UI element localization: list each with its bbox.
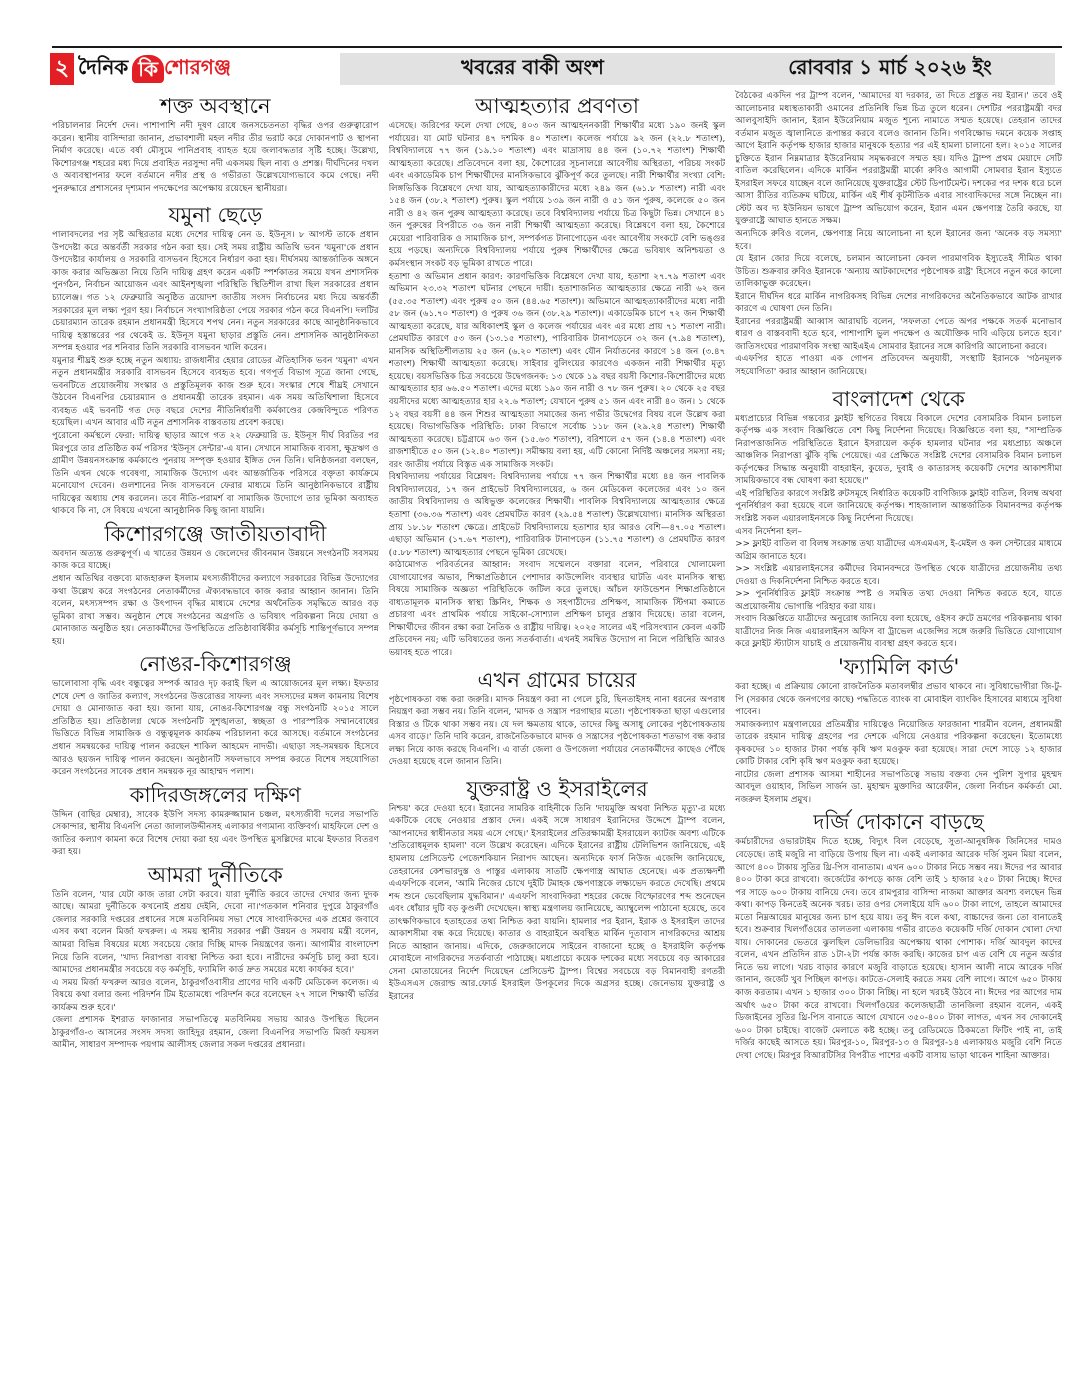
article-body: কর্মচারীদের ওভারটাইম দিতে হচ্ছে, বিদ্যুৎ… [735, 836, 1062, 1062]
page-number: ২ [50, 53, 74, 85]
article-body: অন্যদিকে রুবিও বলেন, ক্ষেপণাস্ত্র নিয়ে … [735, 228, 1062, 253]
article-body: মধ্যপ্রাচ্যের বিভিন্ন গন্তব্যের ফ্লাইট স… [735, 413, 1062, 488]
article-columns: শক্ত অবস্থানে পরিচালনার নির্দেশ দেন। পাশ… [52, 90, 1062, 1360]
brand-text-part1: দৈনিক [78, 53, 128, 86]
article-body: পালাবদলের পর সৃষ্ট অস্থিরতার মধ্যে দেশের… [52, 229, 379, 354]
article-body: ভালোবাসা বৃদ্ধি এবং বন্ধুত্বের সম্পর্ক আ… [52, 678, 379, 778]
article-body: ইরানে দীর্ঘদিন ধরে মার্কিন নাগরিকসহ বিভি… [735, 291, 1062, 316]
article-body: উদ্দিন (বাছির মেম্বার), সাবেক ইউপি সদস্য… [52, 809, 379, 859]
column-middle: আত্মহত্যার প্রবণতা এসেছে। জরিপের ফলে দেখ… [389, 90, 726, 1360]
article-body: হতাশা ও অভিমান প্রধান কারণ: কারণভিত্তিক … [389, 271, 726, 472]
newspaper-logo: ২ দৈনিক কি শোরগঞ্জ [50, 53, 340, 85]
article-body: পৃষ্ঠপোষকতা বন্ধ করা জরুরি। মাদক নিয়ন্ত… [389, 694, 726, 769]
article-body: >> সংশ্লিষ্ট এয়ারলাইনসের কর্মীদের বিমান… [735, 563, 1062, 588]
issue-date: রোববার ১ মার্চ ২০২৬ ইং [725, 53, 1055, 86]
article-heading: যুক্তরাষ্ট্র ও ইসরাইলের [389, 775, 726, 803]
brand-text-part2: কি [132, 55, 164, 83]
article-heading: দর্জি দোকানে বাড়ছে [735, 808, 1062, 836]
article-body: করা হচ্ছে। এ প্রক্রিয়ায় কোনো রাজনৈতিক … [735, 681, 1062, 719]
article-body: বিশ্ববিদ্যালয় পর্যায়ের বিশ্লেষণ: বিশ্ব… [389, 471, 726, 559]
article-body: পুরোনো কর্মস্থলে ফেরা: দায়িত্ব ছাড়ার আ… [52, 430, 379, 518]
article-body: প্রধান অতিথির বক্তব্যে মাজহারুল ইসলাম মৎ… [52, 573, 379, 648]
article-heading: এখন গ্রামের চায়ের [389, 666, 726, 694]
article-body: তিনি বলেন, 'যার যেটা কাজ তারা সেটা করবে।… [52, 889, 379, 977]
article-body: পরিচালনার নির্দেশ দেন। পাশাপাশি নদী দূষণ… [52, 120, 379, 195]
article-heading: আত্মহত্যার প্রবণতা [389, 92, 726, 120]
article-body: এসব নির্দেশনা হল– [735, 526, 1062, 539]
article-body: এ সময় মির্জা ফখরুল আরও বলেন, ঠাকুরগাঁওব… [52, 977, 379, 1015]
article-body: সমাজকল্যাণ মন্ত্রণালয়ের প্রতিমন্ত্রীর দ… [735, 719, 1062, 769]
article-heading: বাংলাদেশ থেকে [735, 385, 1062, 413]
section-title: খবরের বাকী অংশ [340, 53, 725, 86]
article-body: এএফপির হাতে পাওয়া এক গোপন প্রতিবেদন অনু… [735, 353, 1062, 378]
article-body: বৈঠকের একদিন পর ট্রাম্প বলেন, 'আমাদের যা… [735, 90, 1062, 228]
article-body: অবদান অত্যন্ত গুরুত্বপূর্ণ। এ খাতের উন্ন… [52, 548, 379, 573]
masthead: ২ দৈনিক কি শোরগঞ্জ খবরের বাকী অংশ রোববার… [50, 53, 1055, 85]
article-body: নিশ্চয়' করে দেওয়া হবে। ইরানের সামরিক ব… [389, 803, 726, 1004]
article-body: সংবাদ বিজ্ঞপ্তিতে যাত্রীদের অনুরোধ জানিয… [735, 613, 1062, 651]
article-body: >> ফ্লাইট বাতিল বা বিলম্ব সংক্রান্ত তথ্য… [735, 538, 1062, 563]
article-heading: 'ফ্যামিলি কার্ড' [735, 653, 1062, 681]
column-right: বৈঠকের একদিন পর ট্রাম্প বলেন, 'আমাদের যা… [735, 90, 1062, 1360]
article-body: এসেছে। জরিপের ফলে দেখা গেছে, ৪০৩ জন আত্ম… [389, 120, 726, 271]
article-heading: যমুনা ছেড়ে [52, 201, 379, 229]
article-heading: কিশোরগঞ্জে জাতীয়তাবাদী [52, 520, 379, 548]
article-heading: আমরা দুর্নীতিকে [52, 861, 379, 889]
article-body: কাঠামোগত পরিবর্তনের আহ্বান: সংবাদ সম্মেল… [389, 559, 726, 659]
article-body: নাটোর জেলা প্রশাসক আসমা শাহীনের সভাপতিত্… [735, 769, 1062, 807]
article-body: যে ইরান জোর দিয়ে বলেছে, চলমান আলোচনা কে… [735, 253, 1062, 291]
article-body: ইরানের পররাষ্ট্রমন্ত্রী আব্বাস আরাঘচি বল… [735, 316, 1062, 354]
article-heading: কাদিরজঙ্গলের দক্ষিণ [52, 781, 379, 809]
article-body: যমুনার শীঘ্রই শুরু হচ্ছে নতুন অধ্যায়: র… [52, 355, 379, 430]
top-rule [52, 46, 1062, 48]
column-left: শক্ত অবস্থানে পরিচালনার নির্দেশ দেন। পাশ… [52, 90, 379, 1360]
article-heading: নোঙর-কিশোরগঞ্জ [52, 650, 379, 678]
article-body: >> পুনর্নির্ধারিত ফ্লাইট সংক্রান্ত স্পষ্… [735, 588, 1062, 613]
article-body: জেলা প্রশাসক ইশরাত ফাজানার সভাপতিত্বে মত… [52, 1014, 379, 1052]
article-body: এই পরিস্থিতির কারণে সংশ্লিষ্ট রুটসমূহে ন… [735, 488, 1062, 526]
article-heading: শক্ত অবস্থানে [52, 92, 379, 120]
brand-text-part3: শোরগঞ্জ [164, 53, 231, 86]
